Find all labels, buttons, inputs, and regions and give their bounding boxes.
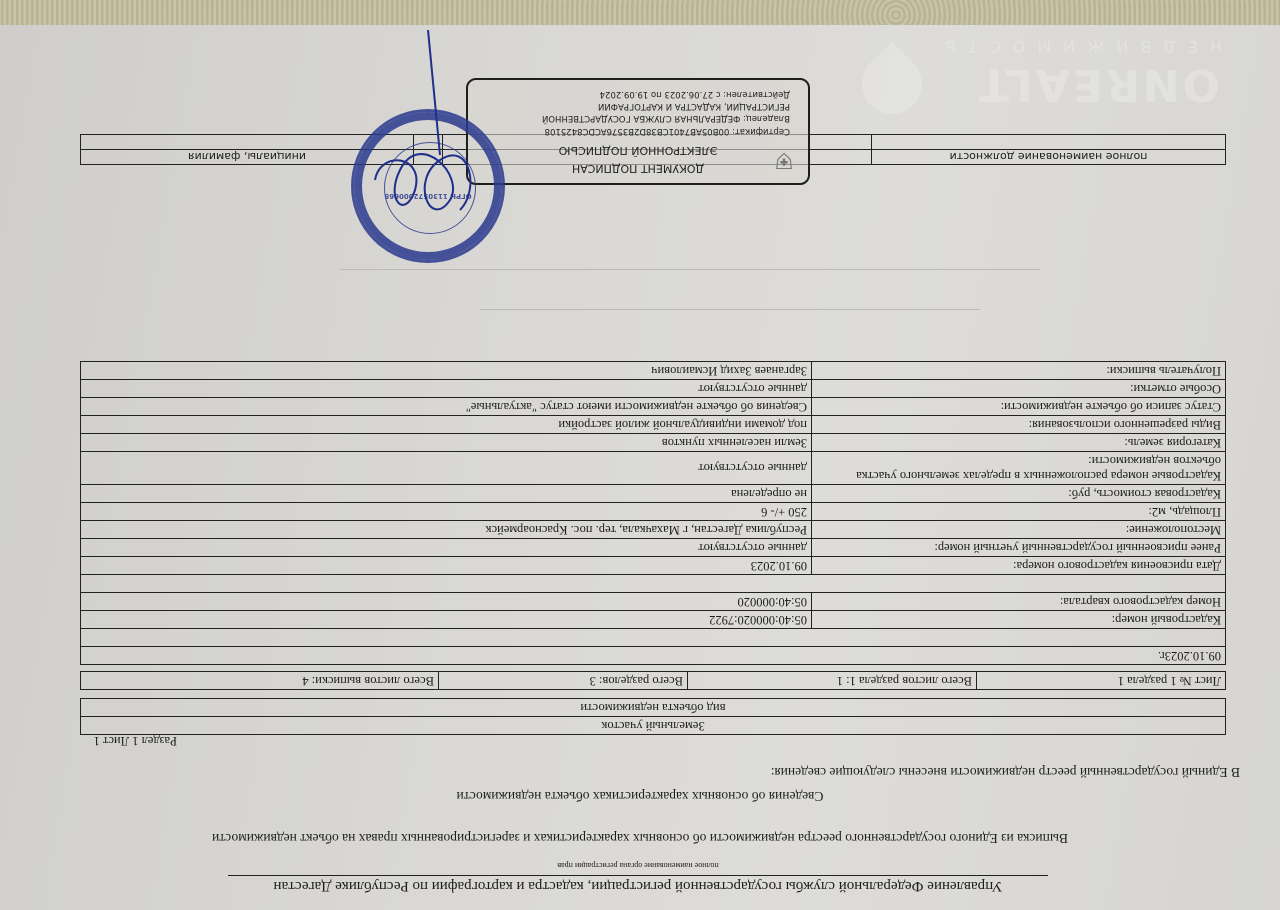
table-row: Номер кадастрового квартала:05:40:000020 xyxy=(81,593,1226,611)
document-subtitle: Сведения об основных характеристиках объ… xyxy=(60,788,1220,804)
table-row: Кадастровая стоимость, руб:не определена xyxy=(81,485,1226,503)
row-label: Площадь, м2: xyxy=(812,503,1226,521)
row-value: не определена xyxy=(81,485,812,503)
row-value: 05:40:000020:7922 xyxy=(81,611,812,629)
handwritten-signature xyxy=(360,30,490,250)
countertop-background xyxy=(0,0,1280,25)
esig-title-1: ДОКУМЕНТ ПОДПИСАН xyxy=(468,162,808,175)
document-page: Управление Федеральной службы государств… xyxy=(0,25,1280,910)
esig-validity: Действителен: с 27.06.2023 по 19.09.2024 xyxy=(480,89,790,99)
registration-authority: Управление Федеральной службы государств… xyxy=(228,875,1048,894)
row-label: Ранее присвоенный государственный учетны… xyxy=(812,539,1226,557)
total-sections: Всего разделов: 3 xyxy=(439,672,688,690)
row-value: Сведения об объекте недвижимости имеют с… xyxy=(81,398,812,416)
electronic-signature-box: ⛨ ДОКУМЕНТ ПОДПИСАН ЭЛЕКТРОННОЙ ПОДПИСЬЮ… xyxy=(466,78,810,185)
row-value: Зарганаев Захид Исмаилович xyxy=(81,362,812,380)
sheet-number: Лист № 1 раздела 1 xyxy=(977,672,1226,690)
row-label: Кадастровый номер: xyxy=(812,611,1226,629)
row-value: данные отсутствуют xyxy=(81,380,812,398)
row-value: 05:40:000020 xyxy=(81,593,812,611)
row-value: данные отсутствуют xyxy=(81,539,812,557)
sheets-table: Лист № 1 раздела 1 Всего листов раздела … xyxy=(80,671,1226,690)
bleed-through-line xyxy=(480,309,980,310)
row-value: 09.10.2023 xyxy=(81,557,812,575)
row-label: Кадастровые номера расположенных в преде… xyxy=(812,452,1226,485)
table-row: Кадастровый номер:05:40:000020:7922 xyxy=(81,611,1226,629)
row-label: Статус записи об объекте недвижимости: xyxy=(812,398,1226,416)
table-row: Особые отметки:данные отсутствуют xyxy=(81,380,1226,398)
section-label: Раздел 1 Лист 1 xyxy=(94,733,177,748)
intro-text: В Единый государственный реестр недвижим… xyxy=(771,764,1240,780)
row-label: Номер кадастрового квартала: xyxy=(812,593,1226,611)
table-row: Кадастровые номера расположенных в преде… xyxy=(81,452,1226,485)
registration-authority-caption: полное наименование органа регистрации п… xyxy=(228,861,1048,870)
position-caption: полное наименование должности xyxy=(872,150,1226,165)
table-row: Виды разрешенного использования:под дома… xyxy=(81,416,1226,434)
spacer-row xyxy=(81,629,1226,647)
esig-certificate: Сертификат: 00B05AB7401CB38D2B3576ACDC84… xyxy=(480,126,790,136)
row-value: 250 +/- 6 xyxy=(81,503,812,521)
row-label: Виды разрешенного использования: xyxy=(812,416,1226,434)
sheets-in-section: Всего листов раздела 1: 1 xyxy=(688,672,977,690)
row-label: Особые отметки: xyxy=(812,380,1226,398)
esig-owner-2: РЕГИСТРАЦИИ, КАДАСТРА И КАРТОГРАФИИ xyxy=(480,101,790,111)
table-row: Получатель выписки:Зарганаев Захид Исмаи… xyxy=(81,362,1226,380)
object-type-value: Земельный участок xyxy=(81,717,1226,735)
table-row: Категория земель:Земли населенных пункто… xyxy=(81,434,1226,452)
esig-owner-1: Владелец: ФЕДЕРАЛЬНАЯ СЛУЖБА ГОСУДАРСТВЕ… xyxy=(480,113,790,123)
document-photo: Управление Федеральной службы государств… xyxy=(0,0,1280,910)
object-type-table: Земельный участок вид объекта недвижимос… xyxy=(80,698,1226,735)
extract-date: 09.10.2023г. xyxy=(81,647,1226,665)
row-label: Кадастровая стоимость, руб: xyxy=(812,485,1226,503)
esig-title-2: ЭЛЕКТРОННОЙ ПОДПИСЬЮ xyxy=(468,144,808,157)
spacer-row xyxy=(81,575,1226,593)
row-label: Дата присвоения кадастрового номера: xyxy=(812,557,1226,575)
table-row: Статус записи об объекте недвижимости:Св… xyxy=(81,398,1226,416)
table-row: Ранее присвоенный государственный учетны… xyxy=(81,539,1226,557)
bleed-through-line xyxy=(340,269,1040,270)
row-value: Республика Дагестан, г Махачкала, тер. п… xyxy=(81,521,812,539)
table-row: Местоположение:Республика Дагестан, г Ма… xyxy=(81,521,1226,539)
property-details-table: 09.10.2023г. Кадастровый номер:05:40:000… xyxy=(80,361,1226,665)
row-value: под домами индивидуальной жилой застройк… xyxy=(81,416,812,434)
object-type-caption: вид объекта недвижимости xyxy=(81,699,1226,717)
row-label: Местоположение: xyxy=(812,521,1226,539)
row-value: данные отсутствуют xyxy=(81,452,812,485)
table-row: Дата присвоения кадастрового номера:09.1… xyxy=(81,557,1226,575)
onrealt-watermark: ONREALT НЕДВИЖИМОСТЬ xyxy=(860,30,1240,120)
document-title: Выписка из Единого государственного реес… xyxy=(60,830,1220,846)
table-row: Площадь, м2:250 +/- 6 xyxy=(81,503,1226,521)
house-pin-icon xyxy=(850,42,935,127)
row-value: Земли населенных пунктов xyxy=(81,434,812,452)
row-label: Получатель выписки: xyxy=(812,362,1226,380)
watermark-brand: ONREALT xyxy=(976,59,1220,110)
watermark-tagline: НЕДВИЖИМОСТЬ xyxy=(933,37,1222,56)
total-sheets: Всего листов выписки: 4 xyxy=(81,672,439,690)
row-label: Категория земель: xyxy=(812,434,1226,452)
